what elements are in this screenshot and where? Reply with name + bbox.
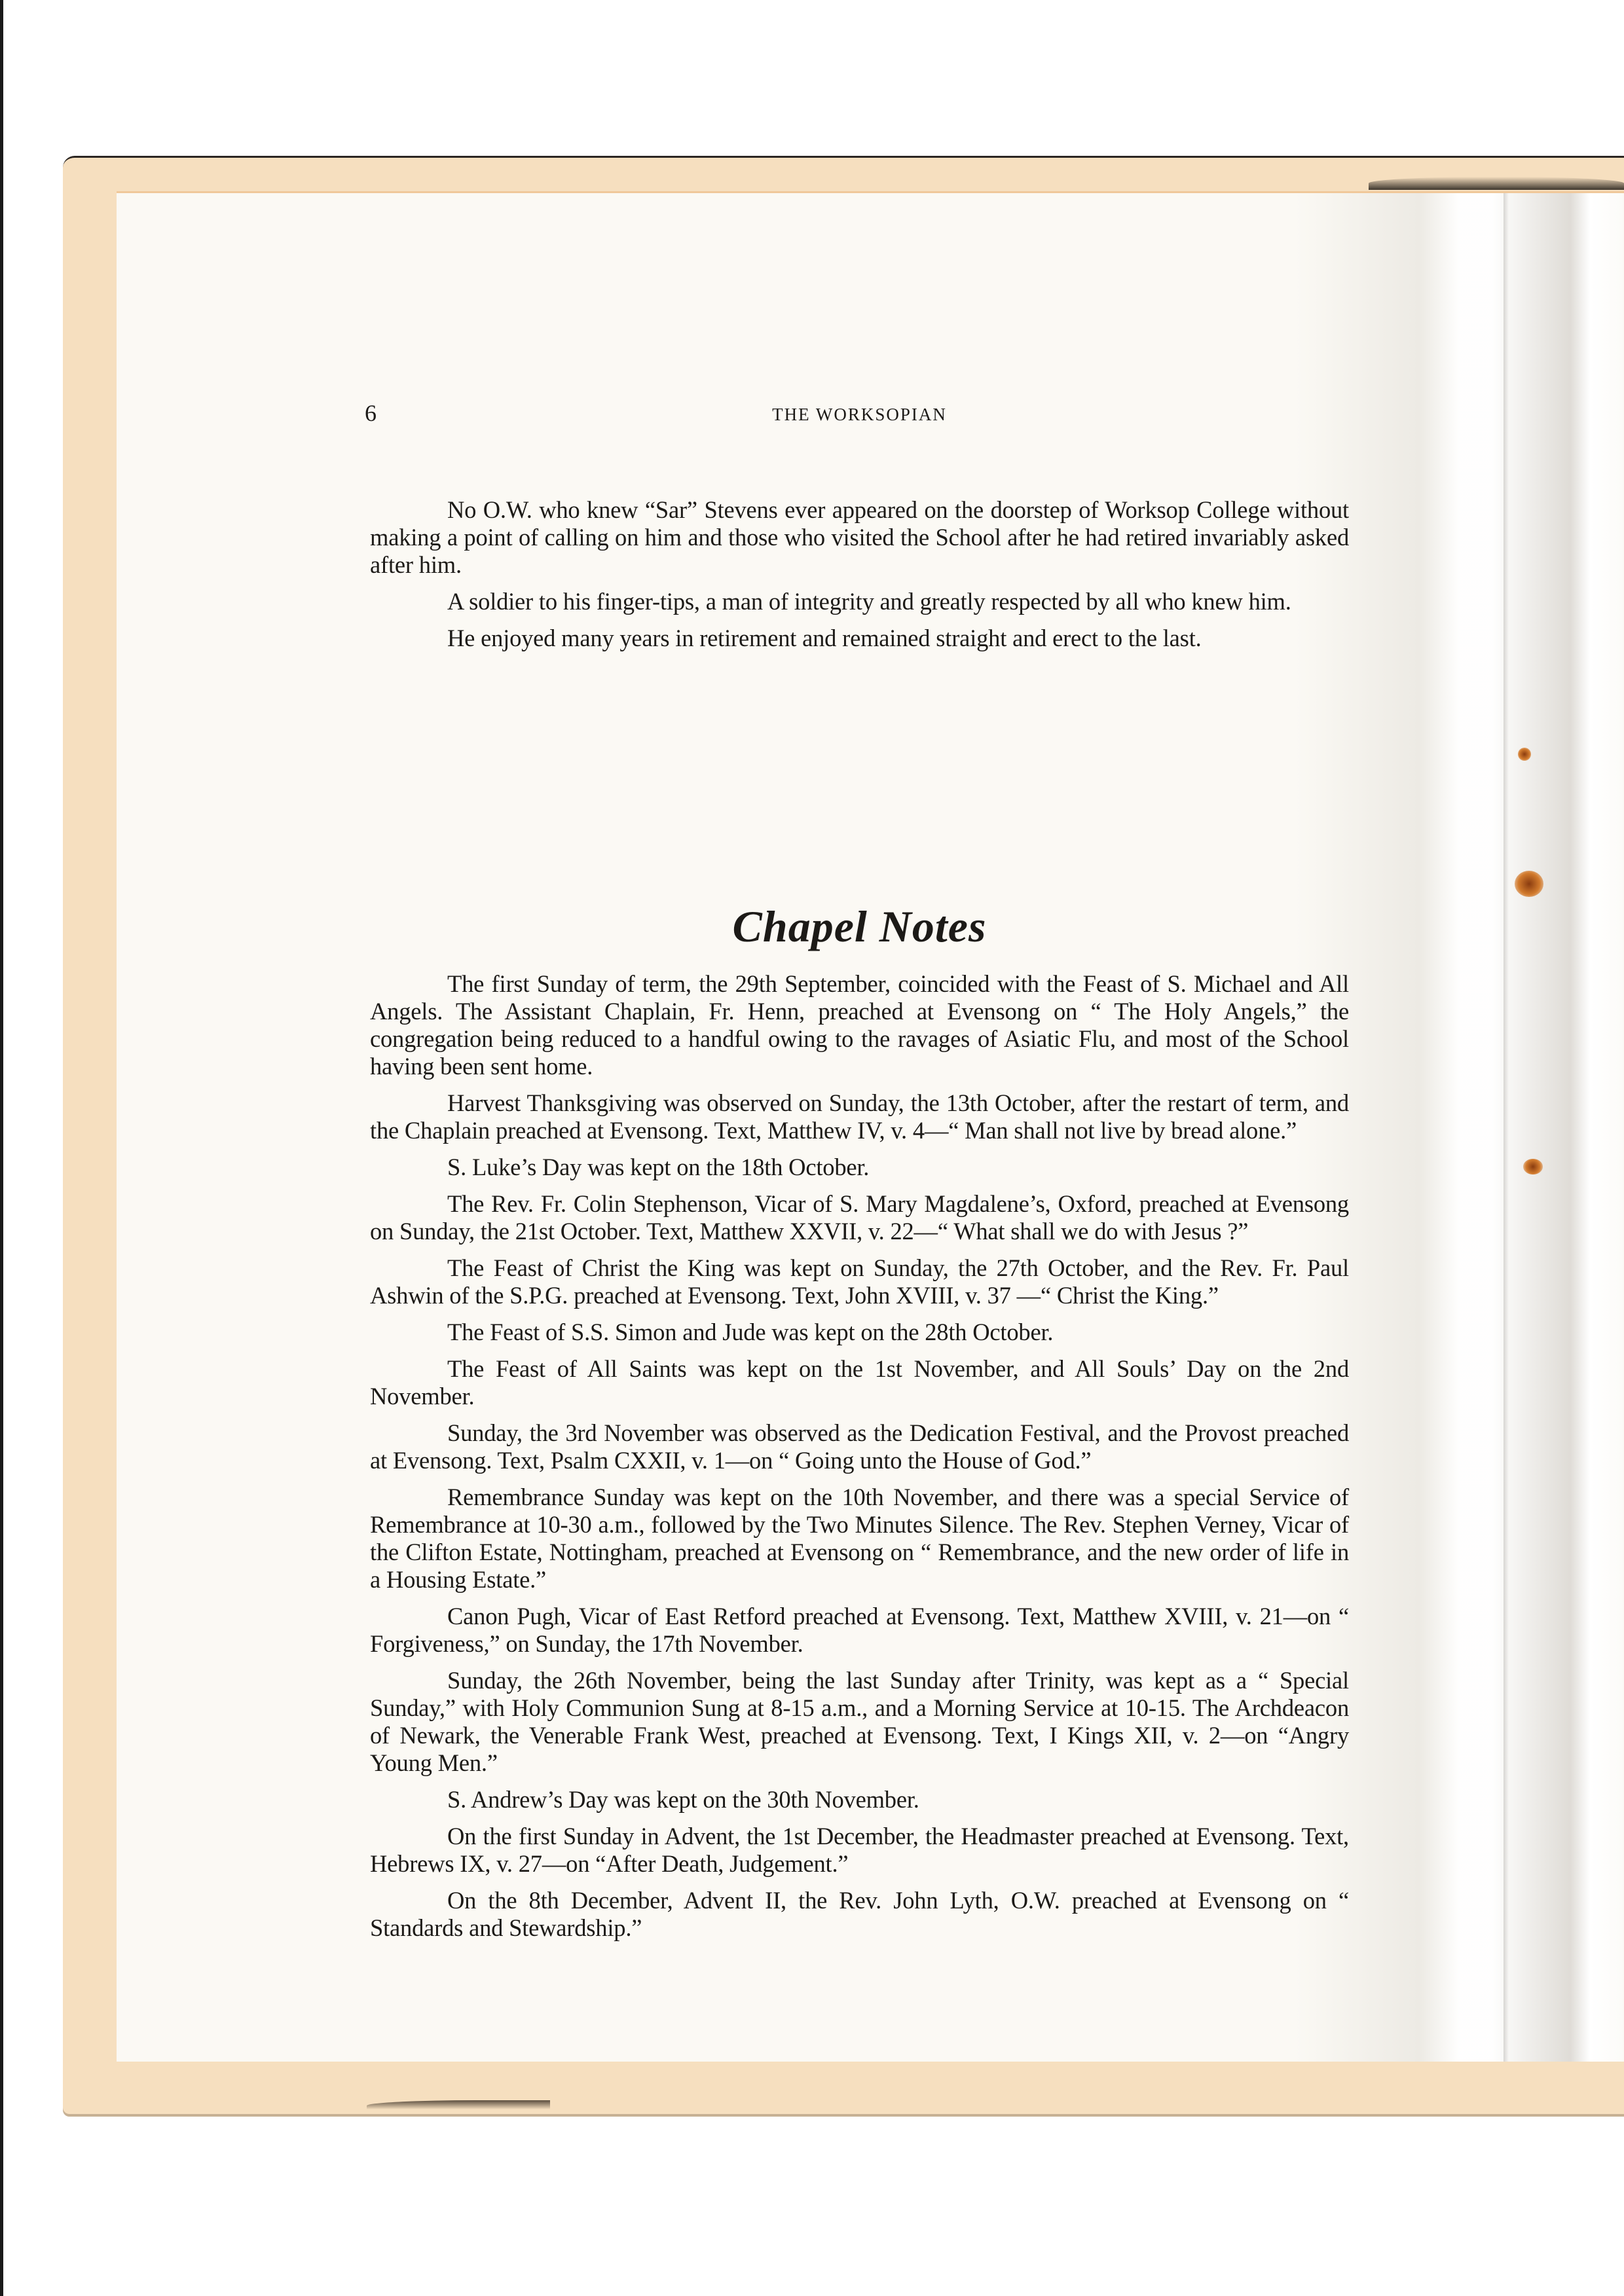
obituary-paragraph: A soldier to his finger-tips, a man of i… (370, 588, 1349, 615)
chapel-note: S. Luke’s Day was kept on the 18th Octob… (370, 1154, 1349, 1181)
rust-stain (1523, 1159, 1543, 1175)
chapel-notes-section: The first Sunday of term, the 29th Septe… (370, 970, 1349, 1951)
cover-torn-edge (367, 2100, 550, 2109)
chapel-note: Canon Pugh, Vicar of East Retford preach… (370, 1603, 1349, 1658)
journal-title: THE WORKSOPIAN (370, 403, 1349, 426)
chapel-note: The Feast of S.S. Simon and Jude was kep… (370, 1319, 1349, 1346)
chapel-note: The Feast of All Saints was kept on the … (370, 1355, 1349, 1410)
binding-fold (1504, 193, 1509, 2062)
chapel-note: The Rev. Fr. Colin Stephenson, Vicar of … (370, 1190, 1349, 1245)
chapel-note: Sunday, the 26th November, being the las… (370, 1667, 1349, 1777)
running-head: 6 THE WORKSOPIAN (370, 400, 1349, 426)
chapel-note: Harvest Thanksgiving was observed on Sun… (370, 1089, 1349, 1144)
chapel-note: On the first Sunday in Advent, the 1st D… (370, 1823, 1349, 1878)
chapel-note: The first Sunday of term, the 29th Septe… (370, 970, 1349, 1080)
obituary-section: No O.W. who knew “Sar” Stevens ever appe… (370, 496, 1349, 661)
chapel-note: Remembrance Sunday was kept on the 10th … (370, 1484, 1349, 1594)
chapel-note: On the 8th December, Advent II, the Rev.… (370, 1887, 1349, 1942)
obituary-paragraph: No O.W. who knew “Sar” Stevens ever appe… (370, 496, 1349, 579)
section-heading: Chapel Notes (370, 900, 1349, 953)
obituary-paragraph: He enjoyed many years in retirement and … (370, 625, 1349, 652)
chapel-note: S. Andrew’s Day was kept on the 30th Nov… (370, 1786, 1349, 1813)
chapel-note: The Feast of Christ the King was kept on… (370, 1254, 1349, 1309)
rust-stain (1515, 871, 1543, 897)
rust-stain (1518, 748, 1531, 761)
chapel-note: Sunday, the 3rd November was observed as… (370, 1419, 1349, 1474)
printed-page: 6 THE WORKSOPIAN No O.W. who knew “Sar” … (117, 191, 1624, 2062)
scan-edge (0, 0, 3, 2296)
cover-edge-shadow (1369, 177, 1624, 190)
